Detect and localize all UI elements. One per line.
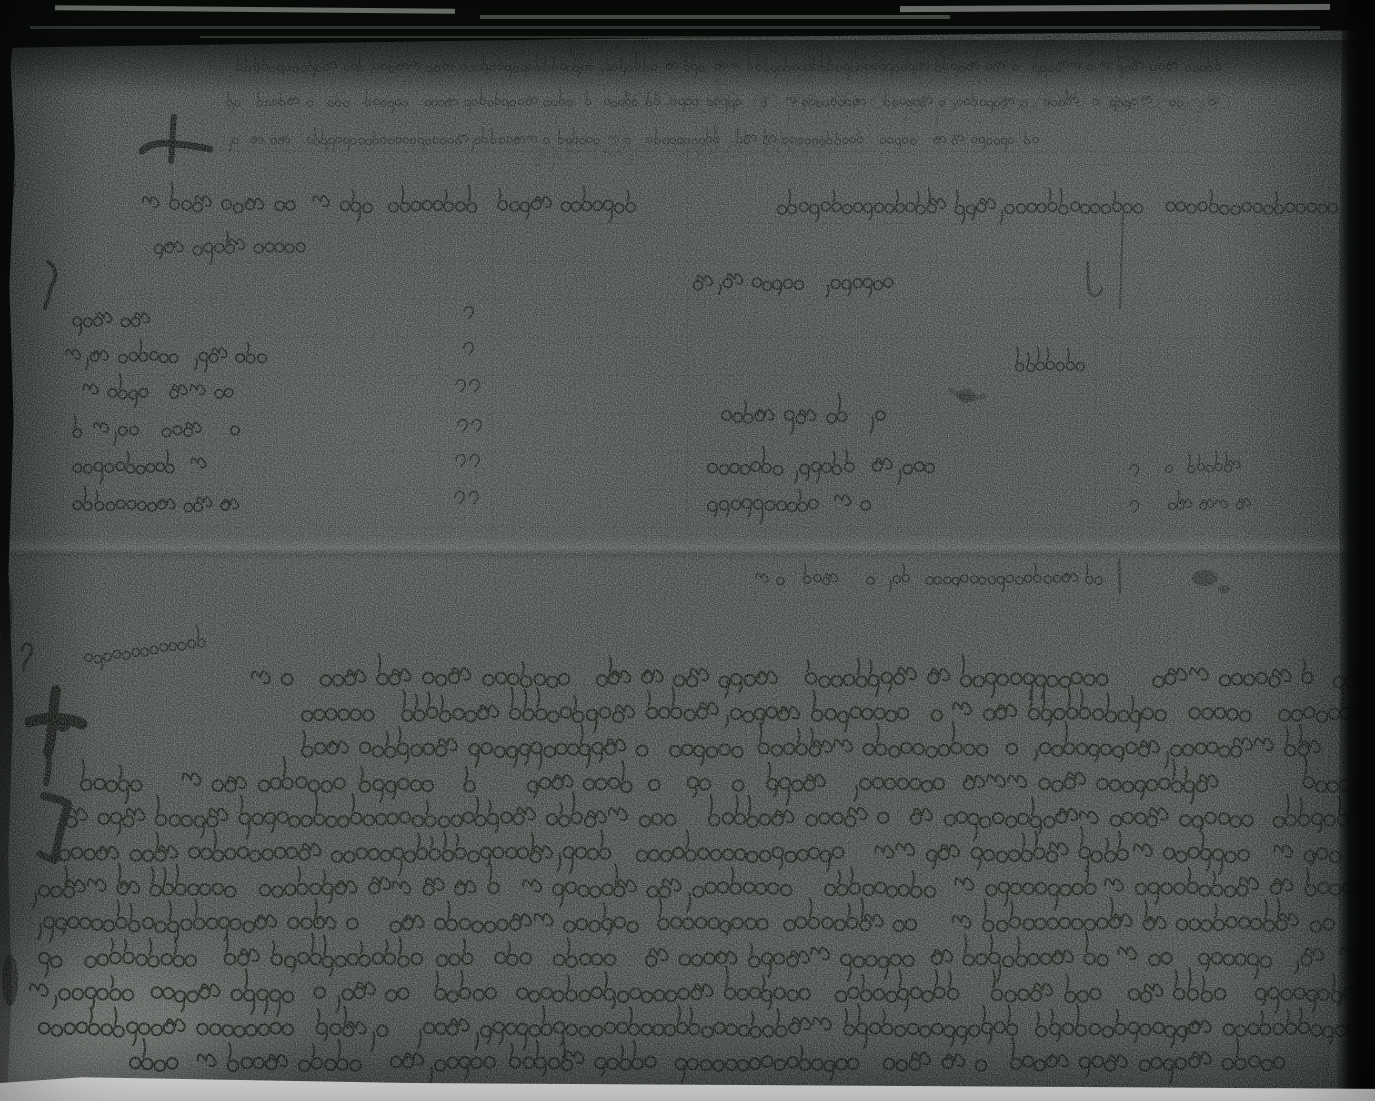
binding-highlight-streak <box>480 15 950 19</box>
parabaik-manuscript-photo <box>0 0 1375 1101</box>
binding-highlight-streak <box>30 26 1320 29</box>
binding-highlight-streak <box>900 4 1330 12</box>
binding-highlight-streak <box>55 5 455 13</box>
handwriting-layer <box>0 0 1375 1101</box>
film-grain-light <box>0 0 1375 1101</box>
binding-edge-shadow <box>0 40 1375 92</box>
page-edge-right <box>1335 0 1375 1101</box>
